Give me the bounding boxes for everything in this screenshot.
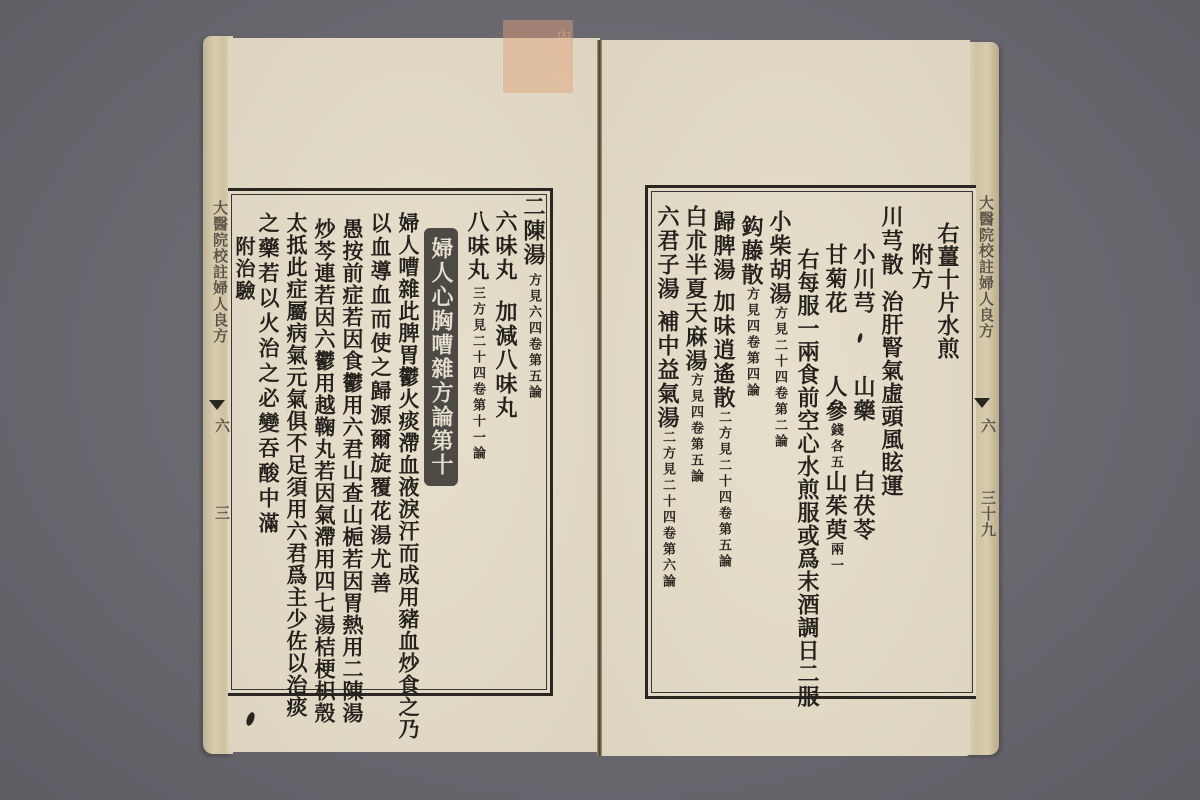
right-col-3b: 治肝腎氣虛頭風眩運	[880, 290, 902, 497]
right-fishtail-icon	[974, 398, 990, 408]
library-seal-text: 內閣文庫	[503, 22, 573, 92]
left-col-5: 以血導血而使之歸源爾旋覆花湯尤善	[370, 212, 391, 596]
right-col-2: 附方	[910, 243, 932, 291]
left-col-6: 愚按前症若因食鬱用六君山查山梔若因胃熱用二陳湯	[342, 218, 363, 724]
left-col-8: 太抵此症屬病氣元氣俱不足須用六君爲主少佐以治痰	[286, 212, 307, 718]
right-col-4b: 山藥	[852, 375, 874, 423]
left-col-9: 之藥若以火治之必變吞酸中滿	[258, 212, 279, 537]
left-col-4: 婦人嘈雜此脾胃鬱火痰滯血液淚汗而成用豬血炒食之乃	[398, 212, 419, 740]
right-col-4: 小川芎	[852, 243, 874, 315]
right-col-5b: 人參錢各五	[824, 375, 846, 471]
book-gutter	[597, 40, 602, 756]
chapter-heading: 婦人心胸嘈雜方論第十六	[424, 228, 458, 486]
right-col-11b: 補中益氣湯二方見二十四卷第六論	[656, 310, 678, 590]
right-margin-juan: 六	[978, 418, 999, 434]
right-col-9b: 加味逍遙散二方見二十四卷第五論	[712, 290, 734, 570]
left-col-1: 二陳湯方見六四卷第五論	[522, 195, 544, 401]
left-margin-juan: 六	[212, 418, 233, 434]
right-col-6: 右每服一兩食前空心水煎服或爲末酒調日二服	[796, 248, 818, 708]
left-margin-title: 大醫院校註婦人良方	[210, 200, 231, 400]
right-col-5: 甘菊花	[824, 243, 846, 315]
right-col-3: 川芎散	[880, 205, 902, 277]
left-col-2b: 加減八味丸	[494, 300, 516, 420]
right-col-7: 小柴胡湯方見二十四卷第二論	[768, 210, 790, 450]
left-col-7: 炒芩連若因六鬱用越鞠丸若因氣滯用四七湯桔梗枳殼	[314, 218, 335, 724]
open-book: 內閣文庫 大醫院校註婦人良方 六 三 二陳湯方見六四卷第五論 六味丸 加減八味丸…	[0, 0, 1200, 800]
left-col-3: 八味丸三方見二十四卷第十一論	[466, 210, 488, 462]
left-margin-page: 三	[212, 505, 233, 521]
right-col-5c: 山茱萸兩一	[824, 470, 846, 574]
right-col-9: 歸脾湯	[712, 210, 734, 282]
right-col-11: 六君子湯	[656, 205, 678, 301]
right-col-4c: 白茯苓	[852, 470, 874, 542]
right-col-1: 右薑十片水煎	[936, 222, 958, 360]
right-col-10: 白朮半夏天麻湯方見四卷第五論	[684, 205, 706, 485]
left-col-2: 六味丸	[494, 210, 516, 282]
right-margin-page: 三十九	[978, 490, 999, 538]
left-col-10: 附治驗	[234, 236, 254, 302]
right-col-8: 鈎藤散方見四卷第四論	[740, 215, 762, 399]
right-margin-title: 大醫院校註婦人良方	[976, 195, 997, 395]
left-fishtail-icon	[209, 400, 225, 410]
